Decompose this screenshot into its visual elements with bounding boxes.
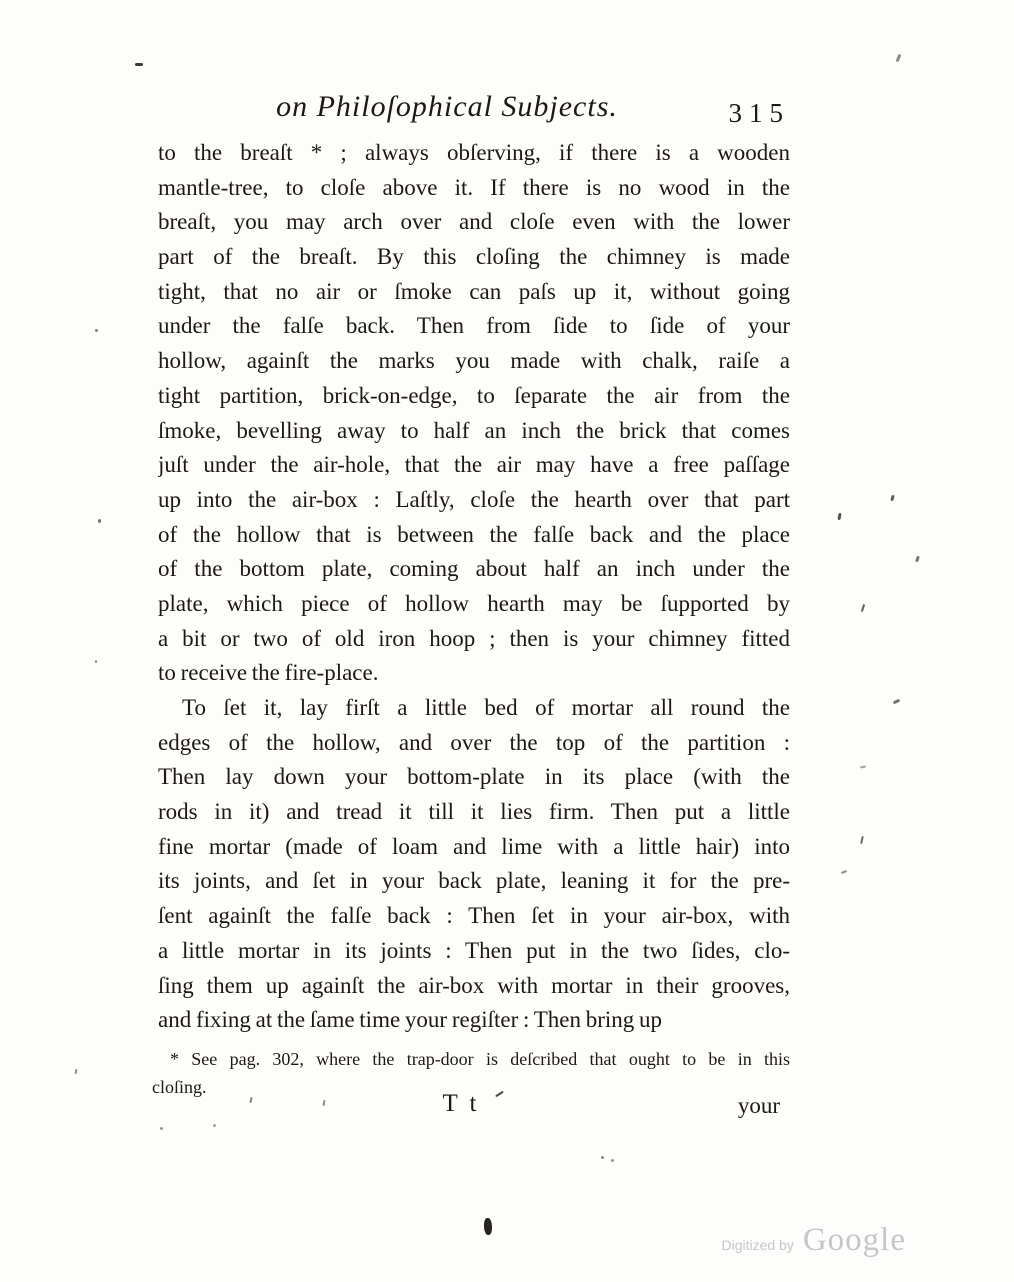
ink-speck: [601, 1156, 604, 1159]
text-line: tight partition, brick-on-edge, to ſepar…: [158, 379, 790, 414]
text-line: and fixing at the ſame time your regiſte…: [158, 1003, 790, 1038]
signature-mark: T t: [442, 1090, 479, 1118]
ink-speck: [890, 495, 894, 502]
ink-speck: [611, 1159, 614, 1162]
google-watermark: Digitized by Google: [721, 1222, 906, 1259]
ink-speck: [95, 329, 98, 332]
text-line: to the breaſt * ; always obſerving, if t…: [158, 136, 790, 171]
ink-speck: [896, 54, 902, 63]
ink-speck: [860, 836, 864, 844]
ink-speck: [893, 699, 901, 705]
page-number: 315: [729, 98, 791, 129]
text-line: up into the air-box : Laſtly, cloſe the …: [158, 483, 790, 518]
text-line: of the bottom plate, coming about half a…: [158, 552, 790, 587]
catchword: your: [738, 1093, 780, 1119]
watermark-prefix: Digitized by: [721, 1237, 793, 1253]
text-line: juſt under the air-hole, that the air ma…: [158, 448, 790, 483]
text-line: fine mortar (made of loam and lime with …: [158, 830, 790, 865]
signature-row: T t your: [158, 1090, 790, 1124]
running-title: on Philoſophical Subjects.: [131, 90, 763, 124]
ink-speck: [135, 63, 143, 66]
book-page: on Philoſophical Subjects. 315 to the br…: [0, 0, 1014, 1282]
ink-speck: [837, 513, 841, 520]
text-line: * See pag. 302, where the trap-door is d…: [152, 1045, 790, 1073]
ink-speck: [74, 1069, 77, 1074]
text-line: part of the breaſt. By this cloſing the …: [158, 240, 790, 275]
ink-speck: [95, 660, 97, 663]
text-line: mantle-tree, to cloſe above it. If there…: [158, 171, 790, 206]
ink-blot: [484, 1218, 493, 1235]
ink-speck: [98, 519, 101, 523]
text-line: ſing them up againſt the air-box with mo…: [158, 969, 790, 1004]
ink-speck: [860, 765, 866, 768]
text-line: under the falſe back. Then from ſide to …: [158, 309, 790, 344]
ink-speck: [213, 1124, 216, 1127]
text-line: ſent againſt the falſe back : Then ſet i…: [158, 899, 790, 934]
text-line: to receive the fire-place.: [158, 656, 790, 691]
text-line: its joints, and ſet in your back plate, …: [158, 864, 790, 899]
text-line: rods in it) and tread it till it lies fi…: [158, 795, 790, 830]
ink-speck: [160, 1127, 163, 1130]
text-line: To ſet it, lay firſt a little bed of mor…: [158, 691, 790, 726]
google-logo: Google: [803, 1222, 906, 1259]
text-column: on Philoſophical Subjects. 315 to the br…: [158, 0, 790, 1282]
text-line: Then lay down your bottom-plate in its p…: [158, 760, 790, 795]
text-line: of the hollow that is between the falſe …: [158, 518, 790, 553]
ink-speck: [841, 870, 847, 874]
text-line: plate, which piece of hollow hearth may …: [158, 587, 790, 622]
ink-speck: [915, 556, 920, 563]
text-line: a bit or two of old iron hoop ; then is …: [158, 622, 790, 657]
text-line: ſmoke, bevelling away to half an inch th…: [158, 414, 790, 449]
text-line: a little mortar in its joints : Then put…: [158, 934, 790, 969]
text-line: hollow, againſt the marks you made with …: [158, 344, 790, 379]
text-line: tight, that no air or ſmoke can paſs up …: [158, 275, 790, 310]
ink-speck: [861, 604, 865, 612]
text-line: breaſt, you may arch over and cloſe even…: [158, 205, 790, 240]
text-line: edges of the hollow, and over the top of…: [158, 726, 790, 761]
body-text: to the breaſt * ; always obſerving, if t…: [158, 136, 790, 1038]
